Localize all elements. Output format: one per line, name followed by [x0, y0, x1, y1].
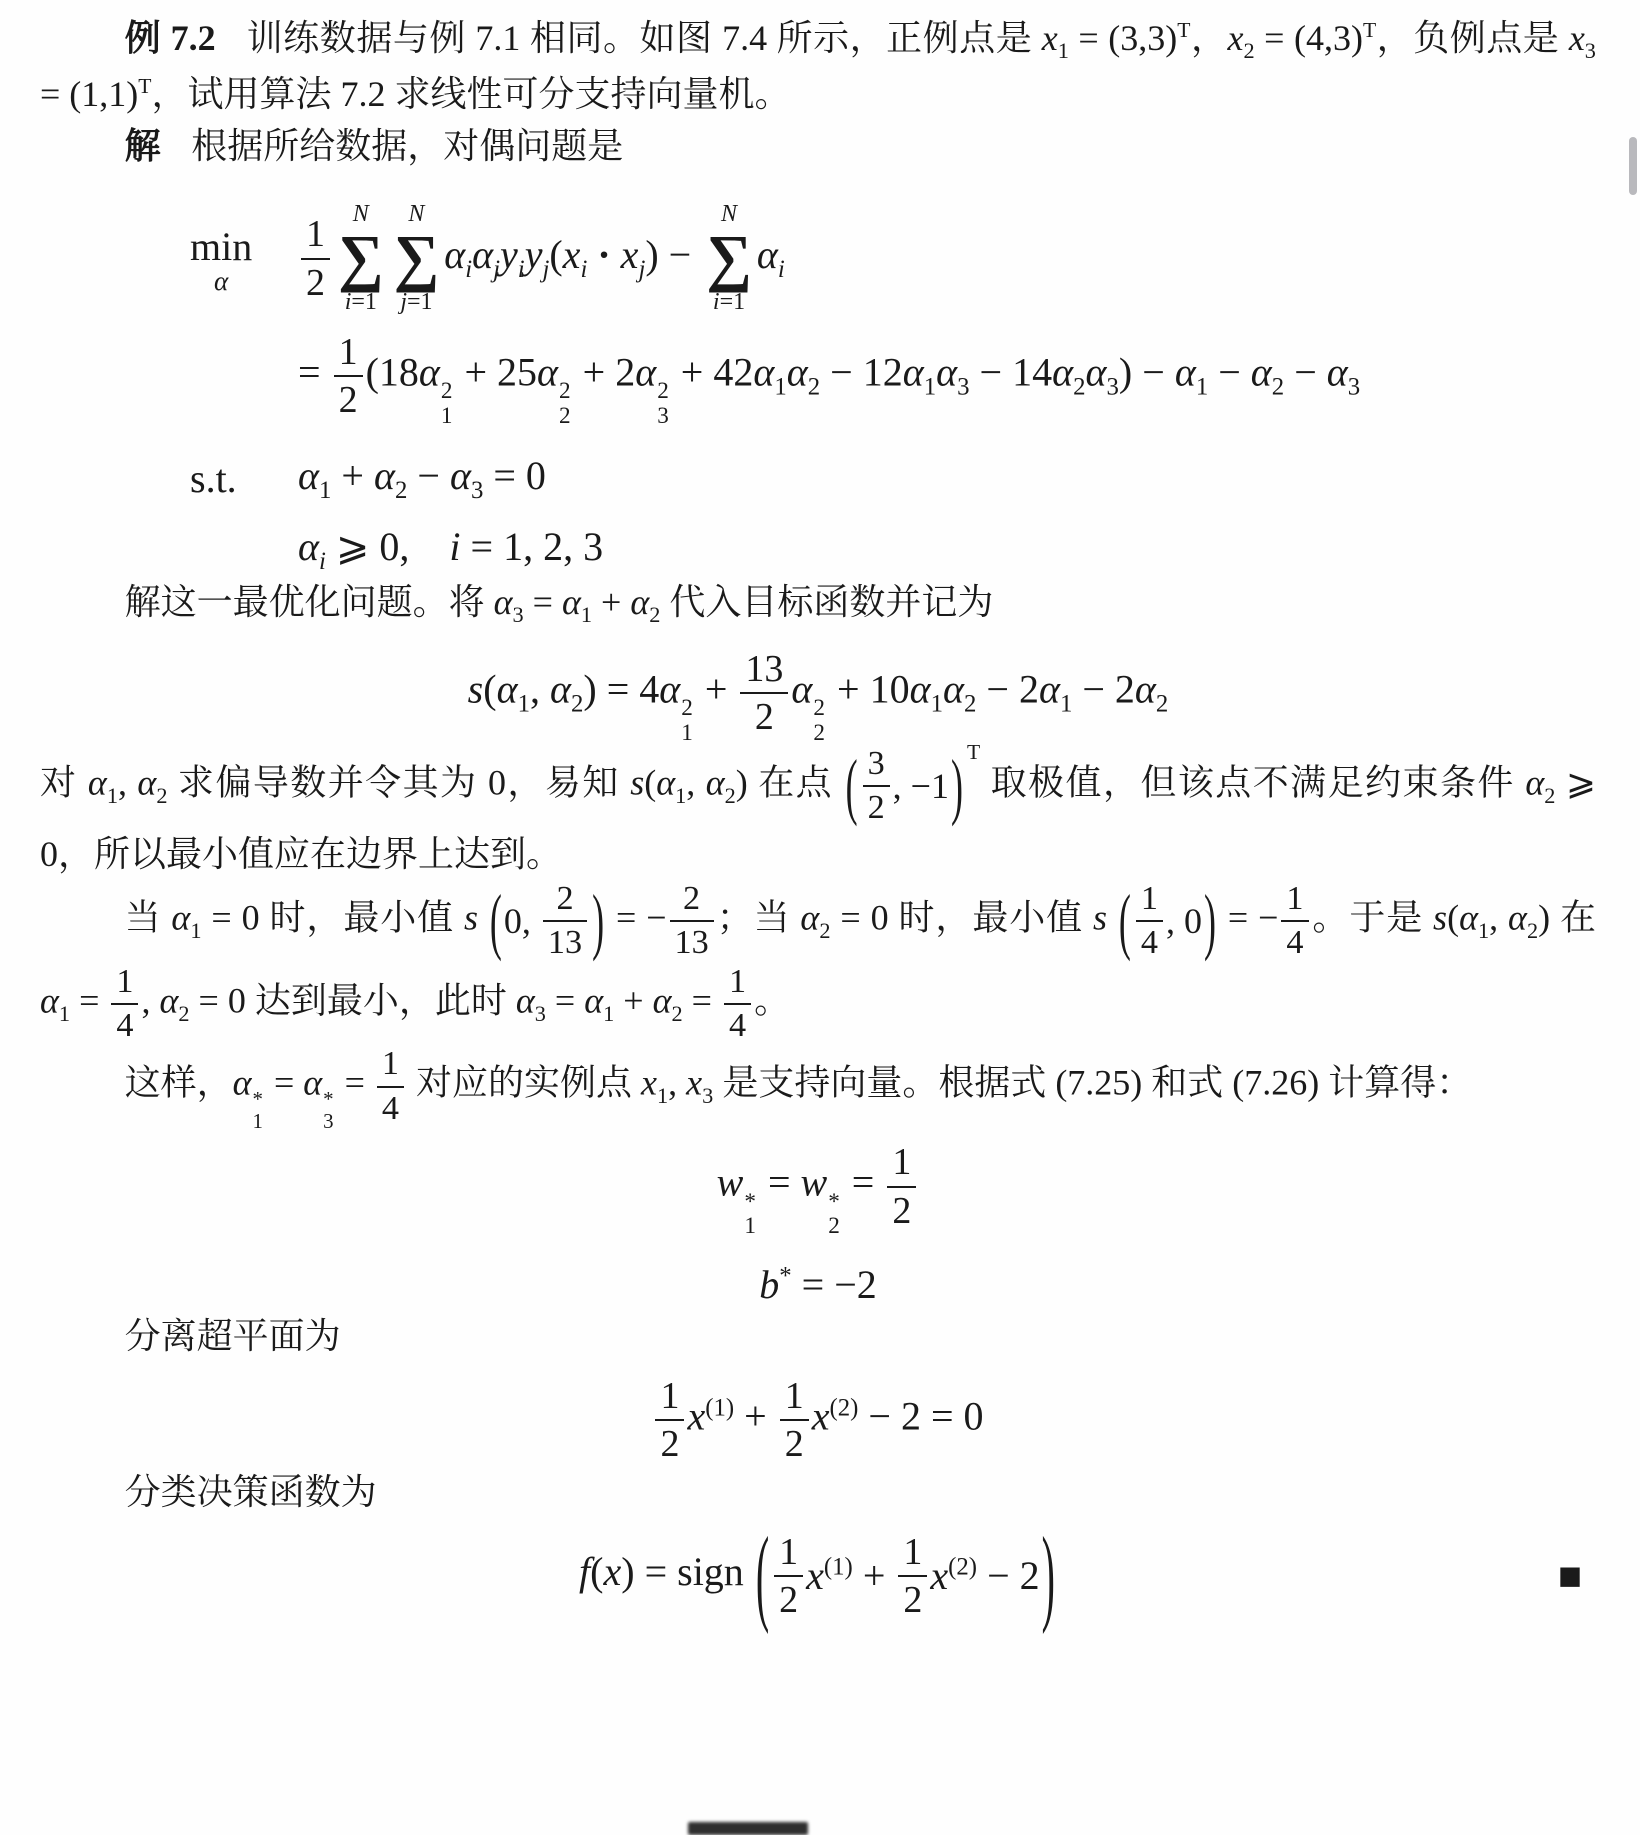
example-label: 例 7.2	[125, 18, 216, 58]
paragraph-boundary-minimum: 当 α1 = 0 时，最小值 s (0, 213) = −213；当 α2 = …	[40, 880, 1596, 1045]
dual-objective-expanded-row: = 12(18α21 + 25α22 + 2α23 + 42α1α2 − 12α…	[190, 331, 1596, 428]
decision-function-formula: f(x) = sign (12x(1) + 12x(2) − 2)	[579, 1549, 1057, 1594]
textbook-page: 例 7.2训练数据与例 7.1 相同。如图 7.4 所示，正例点是 x1 = (…	[0, 0, 1640, 1835]
dual-objective-expanded-formula: = 12(18α21 + 25α22 + 2α23 + 42α1α2 − 12α…	[298, 331, 1596, 428]
solution-label: 解	[125, 126, 161, 166]
min-operator: minα	[190, 223, 298, 295]
dual-problem-block: minα 12N∑i=1N∑j=1αiαjyiyj(xi · xj) − N∑i…	[190, 201, 1596, 576]
page-bottom-scan-artifact	[688, 1822, 808, 1835]
constraint-1-formula: α1 + α2 − α3 = 0	[298, 452, 1596, 505]
hyperplane-label: 分离超平面为	[40, 1310, 1596, 1363]
subject-to-label: s.t.	[190, 455, 298, 502]
decision-function-label: 分类决策函数为	[40, 1466, 1596, 1519]
s-function-formula: s(α1, α2) = 4α21 + 132α22 + 10α1α2 − 2α1…	[40, 648, 1596, 745]
constraint-row-2: αi ⩾ 0, i = 1, 2, 3	[190, 523, 1596, 576]
solution-intro-text: 根据所给数据，对偶问题是	[191, 126, 623, 166]
dual-objective-row: minα 12N∑i=1N∑j=1αiαjyiyj(xi · xj) − N∑i…	[190, 201, 1596, 317]
b-star-formula: b* = −2	[40, 1260, 1596, 1310]
paragraph-problem-statement: 例 7.2训练数据与例 7.1 相同。如图 7.4 所示，正例点是 x1 = (…	[40, 12, 1596, 120]
constraint-row-1: s.t. α1 + α2 − α3 = 0	[190, 452, 1596, 505]
hyperplane-formula: 12x(1) + 12x(2) − 2 = 0	[40, 1375, 1596, 1466]
scrollbar-thumb[interactable]	[1629, 137, 1637, 195]
qed-square: ■	[1558, 1556, 1582, 1596]
paragraph-extremum: 对 α1, α2 求偏导数并令其为 0，易知 s(α1, α2) 在点 (32,…	[40, 745, 1596, 880]
constraint-2-formula: αi ⩾ 0, i = 1, 2, 3	[298, 523, 1596, 576]
problem-text: 训练数据与例 7.1 相同。如图 7.4 所示，正例点是 x1 = (3,3)T…	[40, 18, 1596, 114]
paragraph-solution-intro: 解根据所给数据，对偶问题是	[40, 120, 1596, 173]
paragraph-substitution: 解这一最优化问题。将 α3 = α1 + α2 代入目标函数并记为	[40, 576, 1596, 632]
w-star-formula: w*1 = w*2 = 12	[40, 1141, 1596, 1238]
decision-function-row: f(x) = sign (12x(1) + 12x(2) − 2) ■	[40, 1531, 1596, 1622]
paragraph-support-vectors: 这样，α*1 = α*3 = 14 对应的实例点 x1, x3 是支持向量。根据…	[40, 1045, 1596, 1133]
min-label: min	[190, 226, 252, 268]
dual-objective-formula: 12N∑i=1N∑j=1αiαjyiyj(xi · xj) − N∑i=1αi	[298, 201, 1596, 317]
min-subscript: α	[214, 268, 228, 295]
